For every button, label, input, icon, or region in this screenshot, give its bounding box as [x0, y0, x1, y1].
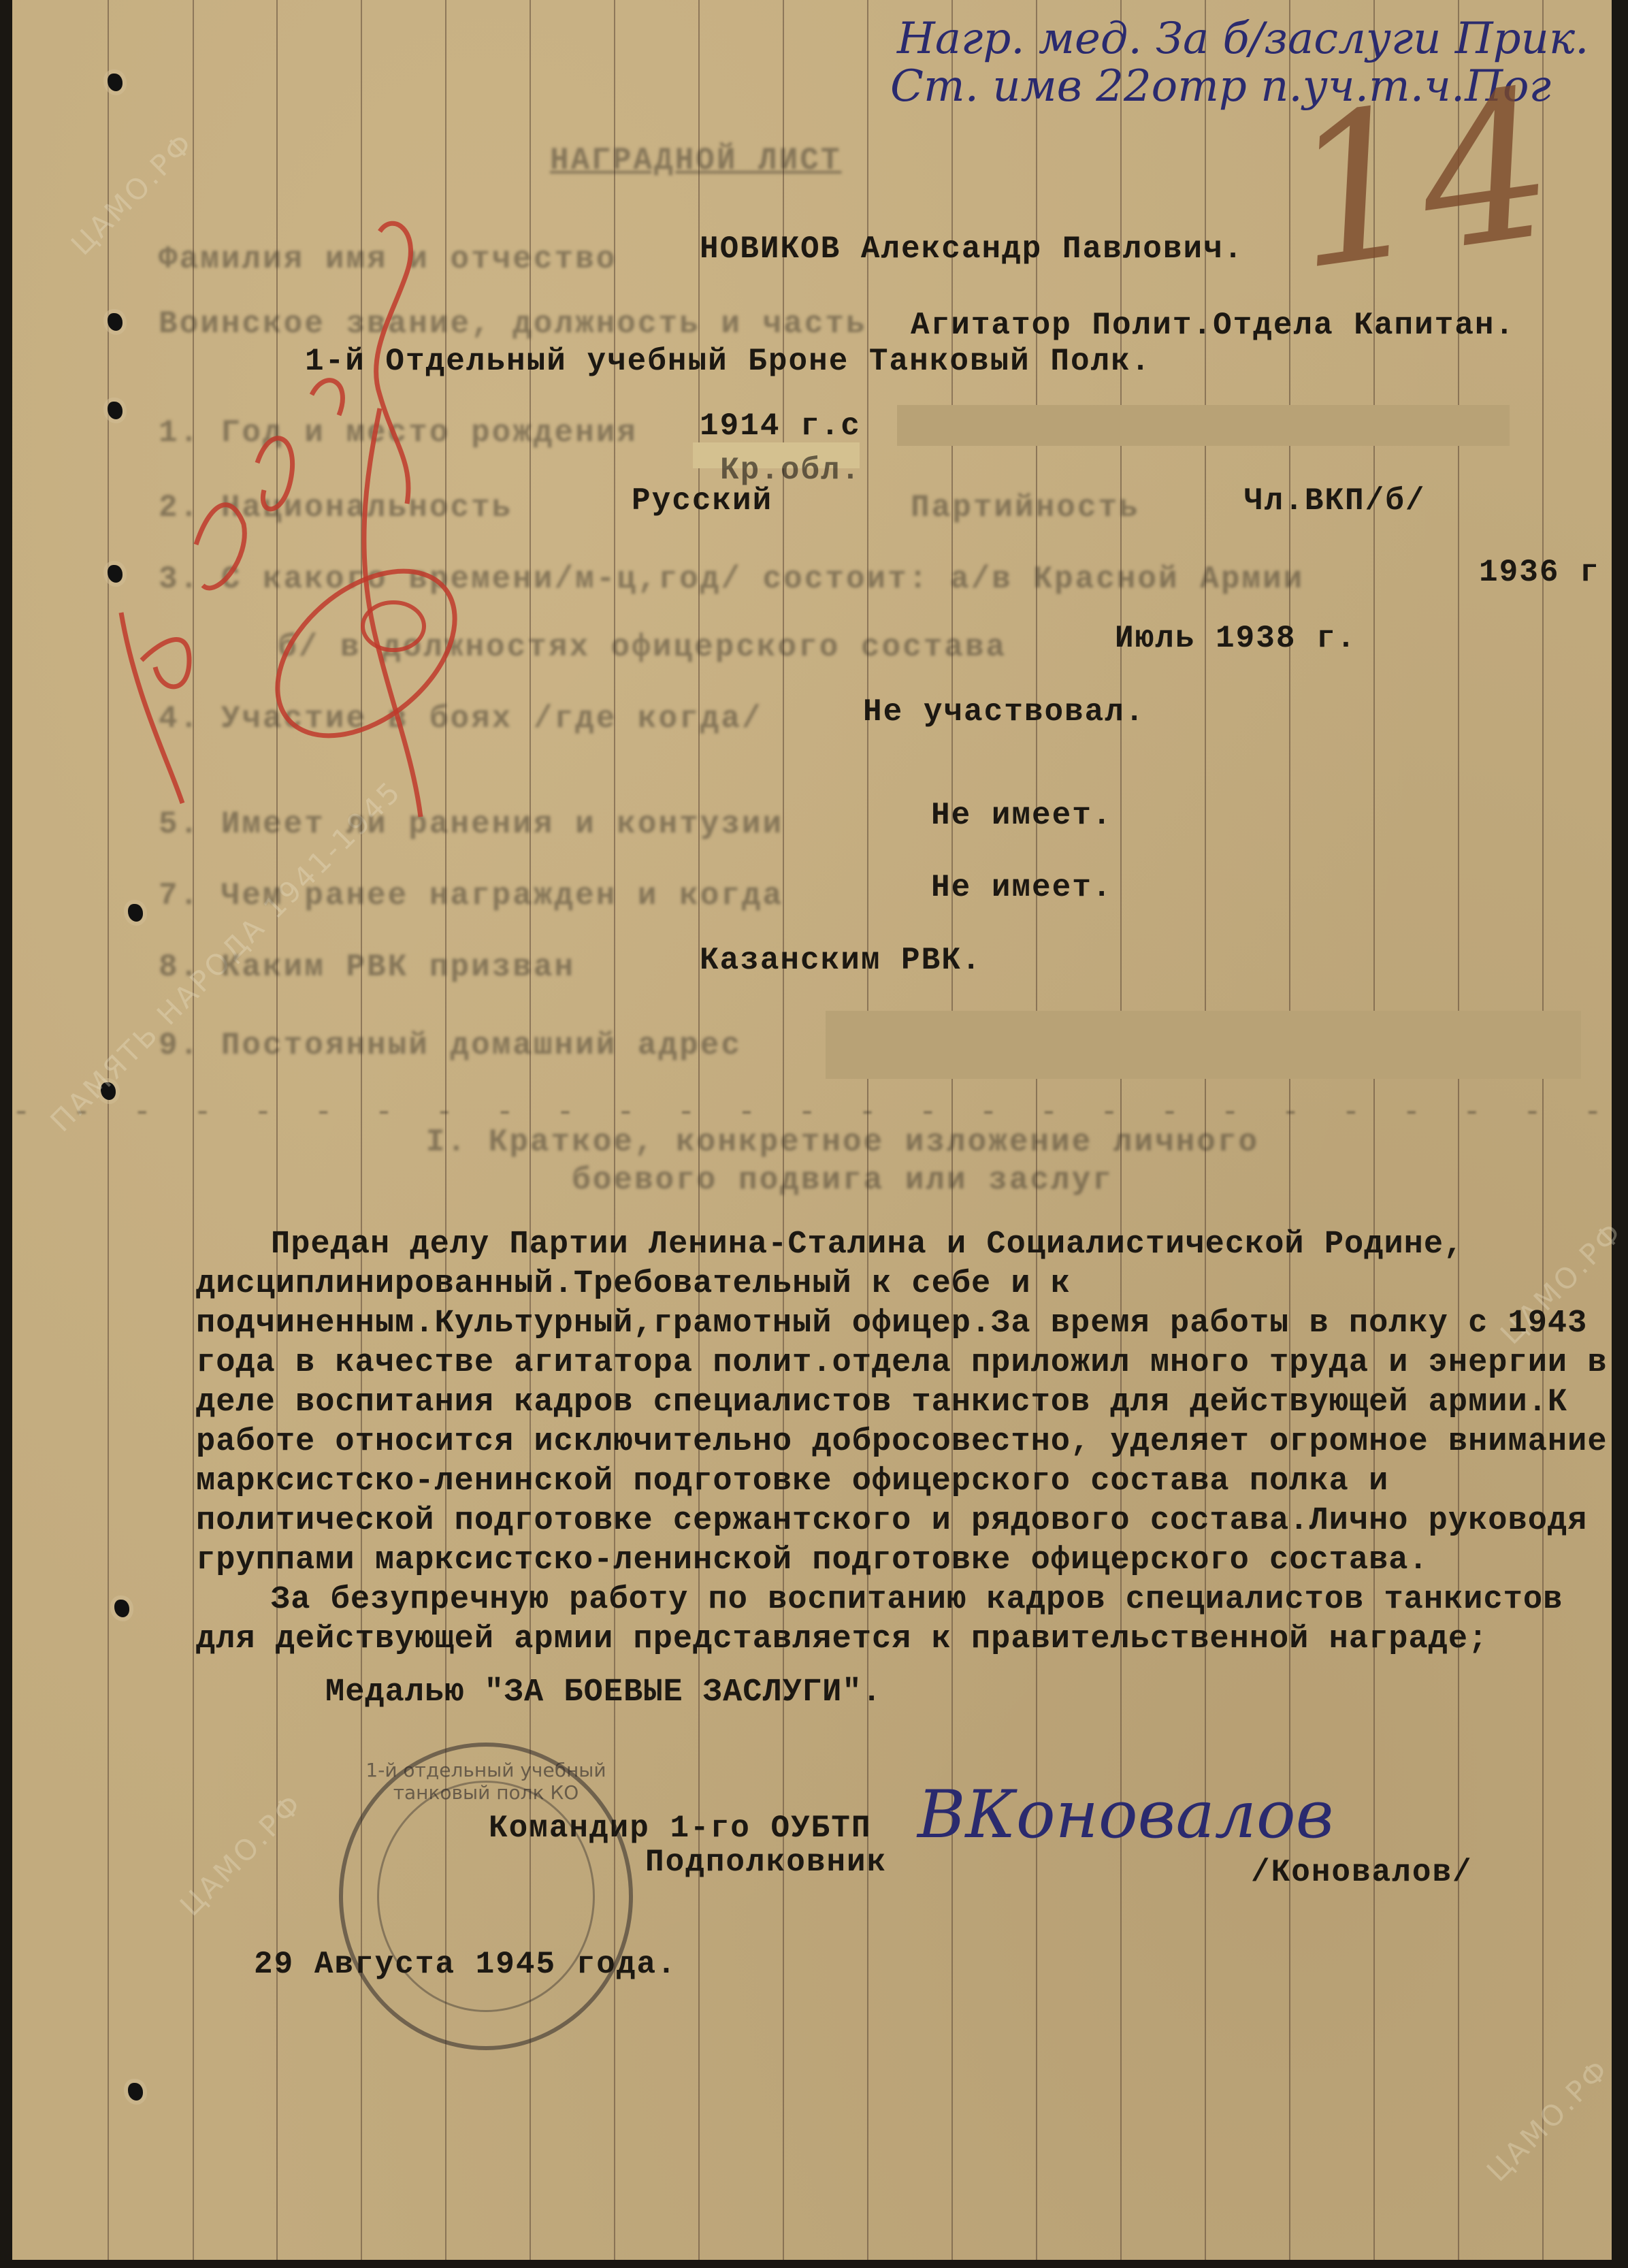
signatory-title: Командир 1-го ОУБТП: [489, 1811, 872, 1846]
signatory-rank: Подполковник: [645, 1845, 887, 1880]
field-position: Агитатор Полит.Отдела Капитан.: [911, 308, 1515, 343]
document-sheet: ЦАМО.РФ ПАМЯТЬ НАРОДА 1941-1945 ЦАМО.РФ …: [12, 0, 1612, 2260]
document-title: НАГРАДНОЙ ЛИСТ: [550, 143, 841, 178]
punch-hole: [108, 74, 123, 91]
handwritten-signature: ВКоновалов: [917, 1777, 1334, 1853]
label-section: I. Краткое, конкретное изложение личного…: [366, 1123, 1319, 1199]
punch-hole: [114, 1600, 129, 1617]
field-rvk: Казанским РВК.: [700, 943, 981, 978]
field-wounds: Не имеет.: [931, 798, 1112, 833]
narrative-paragraph-2: За безупречную работу по воспитанию кадр…: [196, 1581, 1618, 1659]
field-birth-year: 1914 г.с: [700, 408, 861, 444]
award-line: Медалью "ЗА БОЕВЫЕ ЗАСЛУГИ".: [196, 1673, 1618, 1713]
field-combat: Не участвовал.: [863, 694, 1145, 730]
document-date: 29 Августа 1945 года.: [254, 1947, 677, 1982]
punch-hole: [128, 904, 143, 922]
punch-hole: [128, 2083, 143, 2101]
field-nationality: Русский: [632, 483, 772, 519]
narrative-text: Предан делу Партии Ленина-Сталина и Соци…: [196, 1225, 1618, 1713]
label-q8: 8. Каким РВК призван: [159, 950, 575, 985]
signatory-name: /Коновалов/: [1251, 1855, 1473, 1890]
label-q9: 9. Постоянный домашний адрес: [159, 1028, 742, 1063]
field-army-since: 1936 г: [1479, 555, 1600, 590]
field-name: НОВИКОВ Александр Павлович.: [700, 231, 1243, 267]
stamp-text: 1-й отдельный учебный танковый полк КО: [363, 1759, 608, 1804]
redacted-birthplace: [897, 405, 1510, 446]
field-party: Чл.ВКП/б/: [1244, 483, 1425, 519]
label-q2b: Партийность: [911, 490, 1140, 525]
brown-pencil-number: 14: [1277, 44, 1567, 316]
rule-line: [1542, 0, 1544, 2260]
watermark: ЦАМО.РФ: [1480, 2052, 1616, 2188]
narrative-paragraph-1: Предан делу Партии Ленина-Сталина и Соци…: [196, 1225, 1618, 1581]
redacted-address: [826, 1011, 1581, 1079]
official-stamp: 1-й отдельный учебный танковый полк КО: [339, 1743, 633, 2050]
label-q7: 7. Чем ранее награжден и когда: [159, 878, 783, 913]
field-awards: Не имеет.: [931, 870, 1112, 905]
red-pencil-annotation: [94, 218, 570, 830]
field-officer-since: Июль 1938 г.: [1115, 621, 1356, 656]
